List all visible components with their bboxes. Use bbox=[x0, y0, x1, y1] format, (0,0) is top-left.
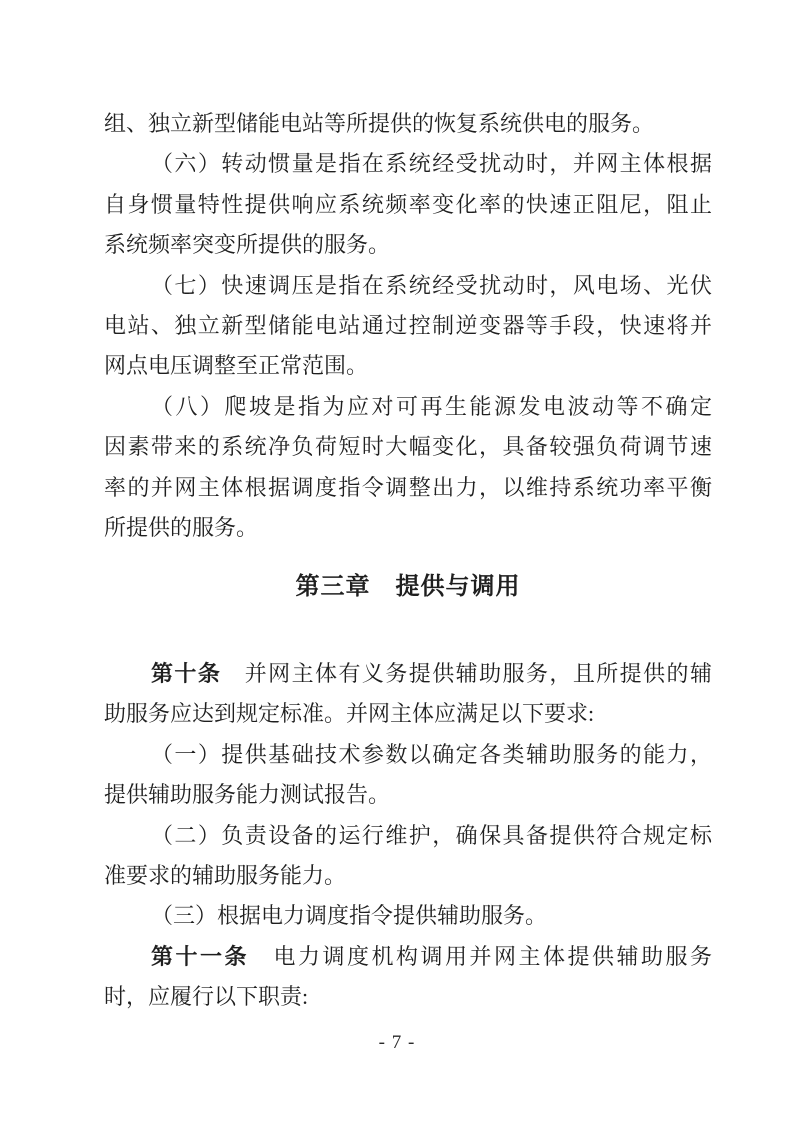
text-line: 率的并网主体根据调度指令调整出力，以维持系统功率平衡 bbox=[104, 468, 712, 508]
para-article-10-item-2: （二）负责设备的运行维护，确保具备提供符合规定标准要求的辅助服务能力。 bbox=[104, 816, 712, 897]
text-line: （六）转动惯量是指在系统经受扰动时，并网主体根据 bbox=[104, 144, 712, 184]
document-body: 组、独立新型储能电站等所提供的恢复系统供电的服务。（六）转动惯量是指在系统经受扰… bbox=[104, 104, 712, 1018]
text-line: 因素带来的系统净负荷短时大幅变化，具备较强负荷调节速 bbox=[104, 427, 712, 467]
text-line: 第十一条 电力调度机构调用并网主体提供辅助服务 bbox=[104, 937, 712, 977]
text-line: （七）快速调压是指在系统经受扰动时，风电场、光伏 bbox=[104, 266, 712, 306]
text-segment: 网点电压调整至正常范围。 bbox=[104, 353, 368, 378]
text-line: 准要求的辅助服务能力。 bbox=[104, 856, 712, 896]
text-line: （一）提供基础技术参数以确定各类辅助服务的能力， bbox=[104, 735, 712, 775]
chapter-heading-line: 第三章 提供与调用 bbox=[104, 567, 712, 607]
text-segment: 率的并网主体根据调度指令调整出力，以维持系统功率平衡 bbox=[104, 475, 712, 500]
para-restore-supply-continued: 组、独立新型储能电站等所提供的恢复系统供电的服务。 bbox=[104, 104, 712, 144]
page-number: - 7 - bbox=[379, 1032, 416, 1053]
text-segment: （八）爬坡是指为应对可再生能源发电波动等不确定 bbox=[151, 394, 712, 419]
page-footer: - 7 - bbox=[0, 1032, 794, 1054]
text-segment: 所提供的服务。 bbox=[104, 515, 258, 540]
text-segment: 时，应履行以下职责: bbox=[104, 984, 308, 1009]
text-line: 组、独立新型储能电站等所提供的恢复系统供电的服务。 bbox=[104, 104, 712, 144]
text-line: 所提供的服务。 bbox=[104, 508, 712, 548]
text-line: （二）负责设备的运行维护，确保具备提供符合规定标 bbox=[104, 816, 712, 856]
text-line: 助服务应达到规定标准。并网主体应满足以下要求: bbox=[104, 694, 712, 734]
bold-label: 第三章 提供与调用 bbox=[296, 573, 521, 600]
para-article-11: 第十一条 电力调度机构调用并网主体提供辅助服务时，应履行以下职责: bbox=[104, 937, 712, 1018]
text-line: 系统频率突变所提供的服务。 bbox=[104, 225, 712, 265]
text-segment: 因素带来的系统净负荷短时大幅变化，具备较强负荷调节速 bbox=[104, 434, 712, 459]
text-line: 网点电压调整至正常范围。 bbox=[104, 346, 712, 386]
text-segment: 组、独立新型储能电站等所提供的恢复系统供电的服务。 bbox=[104, 111, 654, 136]
text-line: 自身惯量特性提供响应系统频率变化率的快速正阻尼，阻止 bbox=[104, 185, 712, 225]
text-segment: 提供辅助服务能力测试报告。 bbox=[104, 782, 390, 807]
text-segment: （六）转动惯量是指在系统经受扰动时，并网主体根据 bbox=[151, 151, 712, 176]
para-def-6-rotational-inertia: （六）转动惯量是指在系统经受扰动时，并网主体根据自身惯量特性提供响应系统频率变化… bbox=[104, 144, 712, 265]
text-segment: （七）快速调压是指在系统经受扰动时，风电场、光伏 bbox=[151, 273, 712, 298]
text-segment: （二）负责设备的运行维护，确保具备提供符合规定标 bbox=[151, 823, 712, 848]
para-def-7-fast-voltage-regulation: （七）快速调压是指在系统经受扰动时，风电场、光伏电站、独立新型储能电站通过控制逆… bbox=[104, 266, 712, 387]
text-segment: 电力调度机构调用并网主体提供辅助服务 bbox=[249, 944, 712, 969]
text-line: 时，应履行以下职责: bbox=[104, 977, 712, 1017]
text-line: 第十条 并网主体有义务提供辅助服务，且所提供的辅 bbox=[104, 654, 712, 694]
para-article-10-item-1: （一）提供基础技术参数以确定各类辅助服务的能力，提供辅助服务能力测试报告。 bbox=[104, 735, 712, 816]
text-segment: 电站、独立新型储能电站通过控制逆变器等手段，快速将并 bbox=[104, 313, 712, 338]
para-def-8-ramping: （八）爬坡是指为应对可再生能源发电波动等不确定因素带来的系统净负荷短时大幅变化，… bbox=[104, 387, 712, 549]
document-page: 组、独立新型储能电站等所提供的恢复系统供电的服务。（六）转动惯量是指在系统经受扰… bbox=[0, 0, 794, 1123]
para-article-10-item-3: （三）根据电力调度指令提供辅助服务。 bbox=[104, 896, 712, 936]
para-article-10: 第十条 并网主体有义务提供辅助服务，且所提供的辅助服务应达到规定标准。并网主体应… bbox=[104, 654, 712, 735]
text-segment: 准要求的辅助服务能力。 bbox=[104, 863, 346, 888]
bold-label: 第十条 bbox=[151, 661, 221, 686]
text-segment: （三）根据电力调度指令提供辅助服务。 bbox=[151, 903, 547, 928]
text-line: （八）爬坡是指为应对可再生能源发电波动等不确定 bbox=[104, 387, 712, 427]
text-segment: （一）提供基础技术参数以确定各类辅助服务的能力， bbox=[151, 742, 712, 767]
chapter-3-heading: 第三章 提供与调用 bbox=[104, 567, 712, 607]
text-segment: 助服务应达到规定标准。并网主体应满足以下要求: bbox=[104, 701, 594, 726]
bold-label: 第十一条 bbox=[151, 944, 249, 969]
text-segment: 系统频率突变所提供的服务。 bbox=[104, 232, 390, 257]
text-line: 电站、独立新型储能电站通过控制逆变器等手段，快速将并 bbox=[104, 306, 712, 346]
text-segment: 并网主体有义务提供辅助服务，且所提供的辅 bbox=[221, 661, 712, 686]
text-line: （三）根据电力调度指令提供辅助服务。 bbox=[104, 896, 712, 936]
text-line: 提供辅助服务能力测试报告。 bbox=[104, 775, 712, 815]
text-segment: 自身惯量特性提供响应系统频率变化率的快速正阻尼，阻止 bbox=[104, 192, 712, 217]
